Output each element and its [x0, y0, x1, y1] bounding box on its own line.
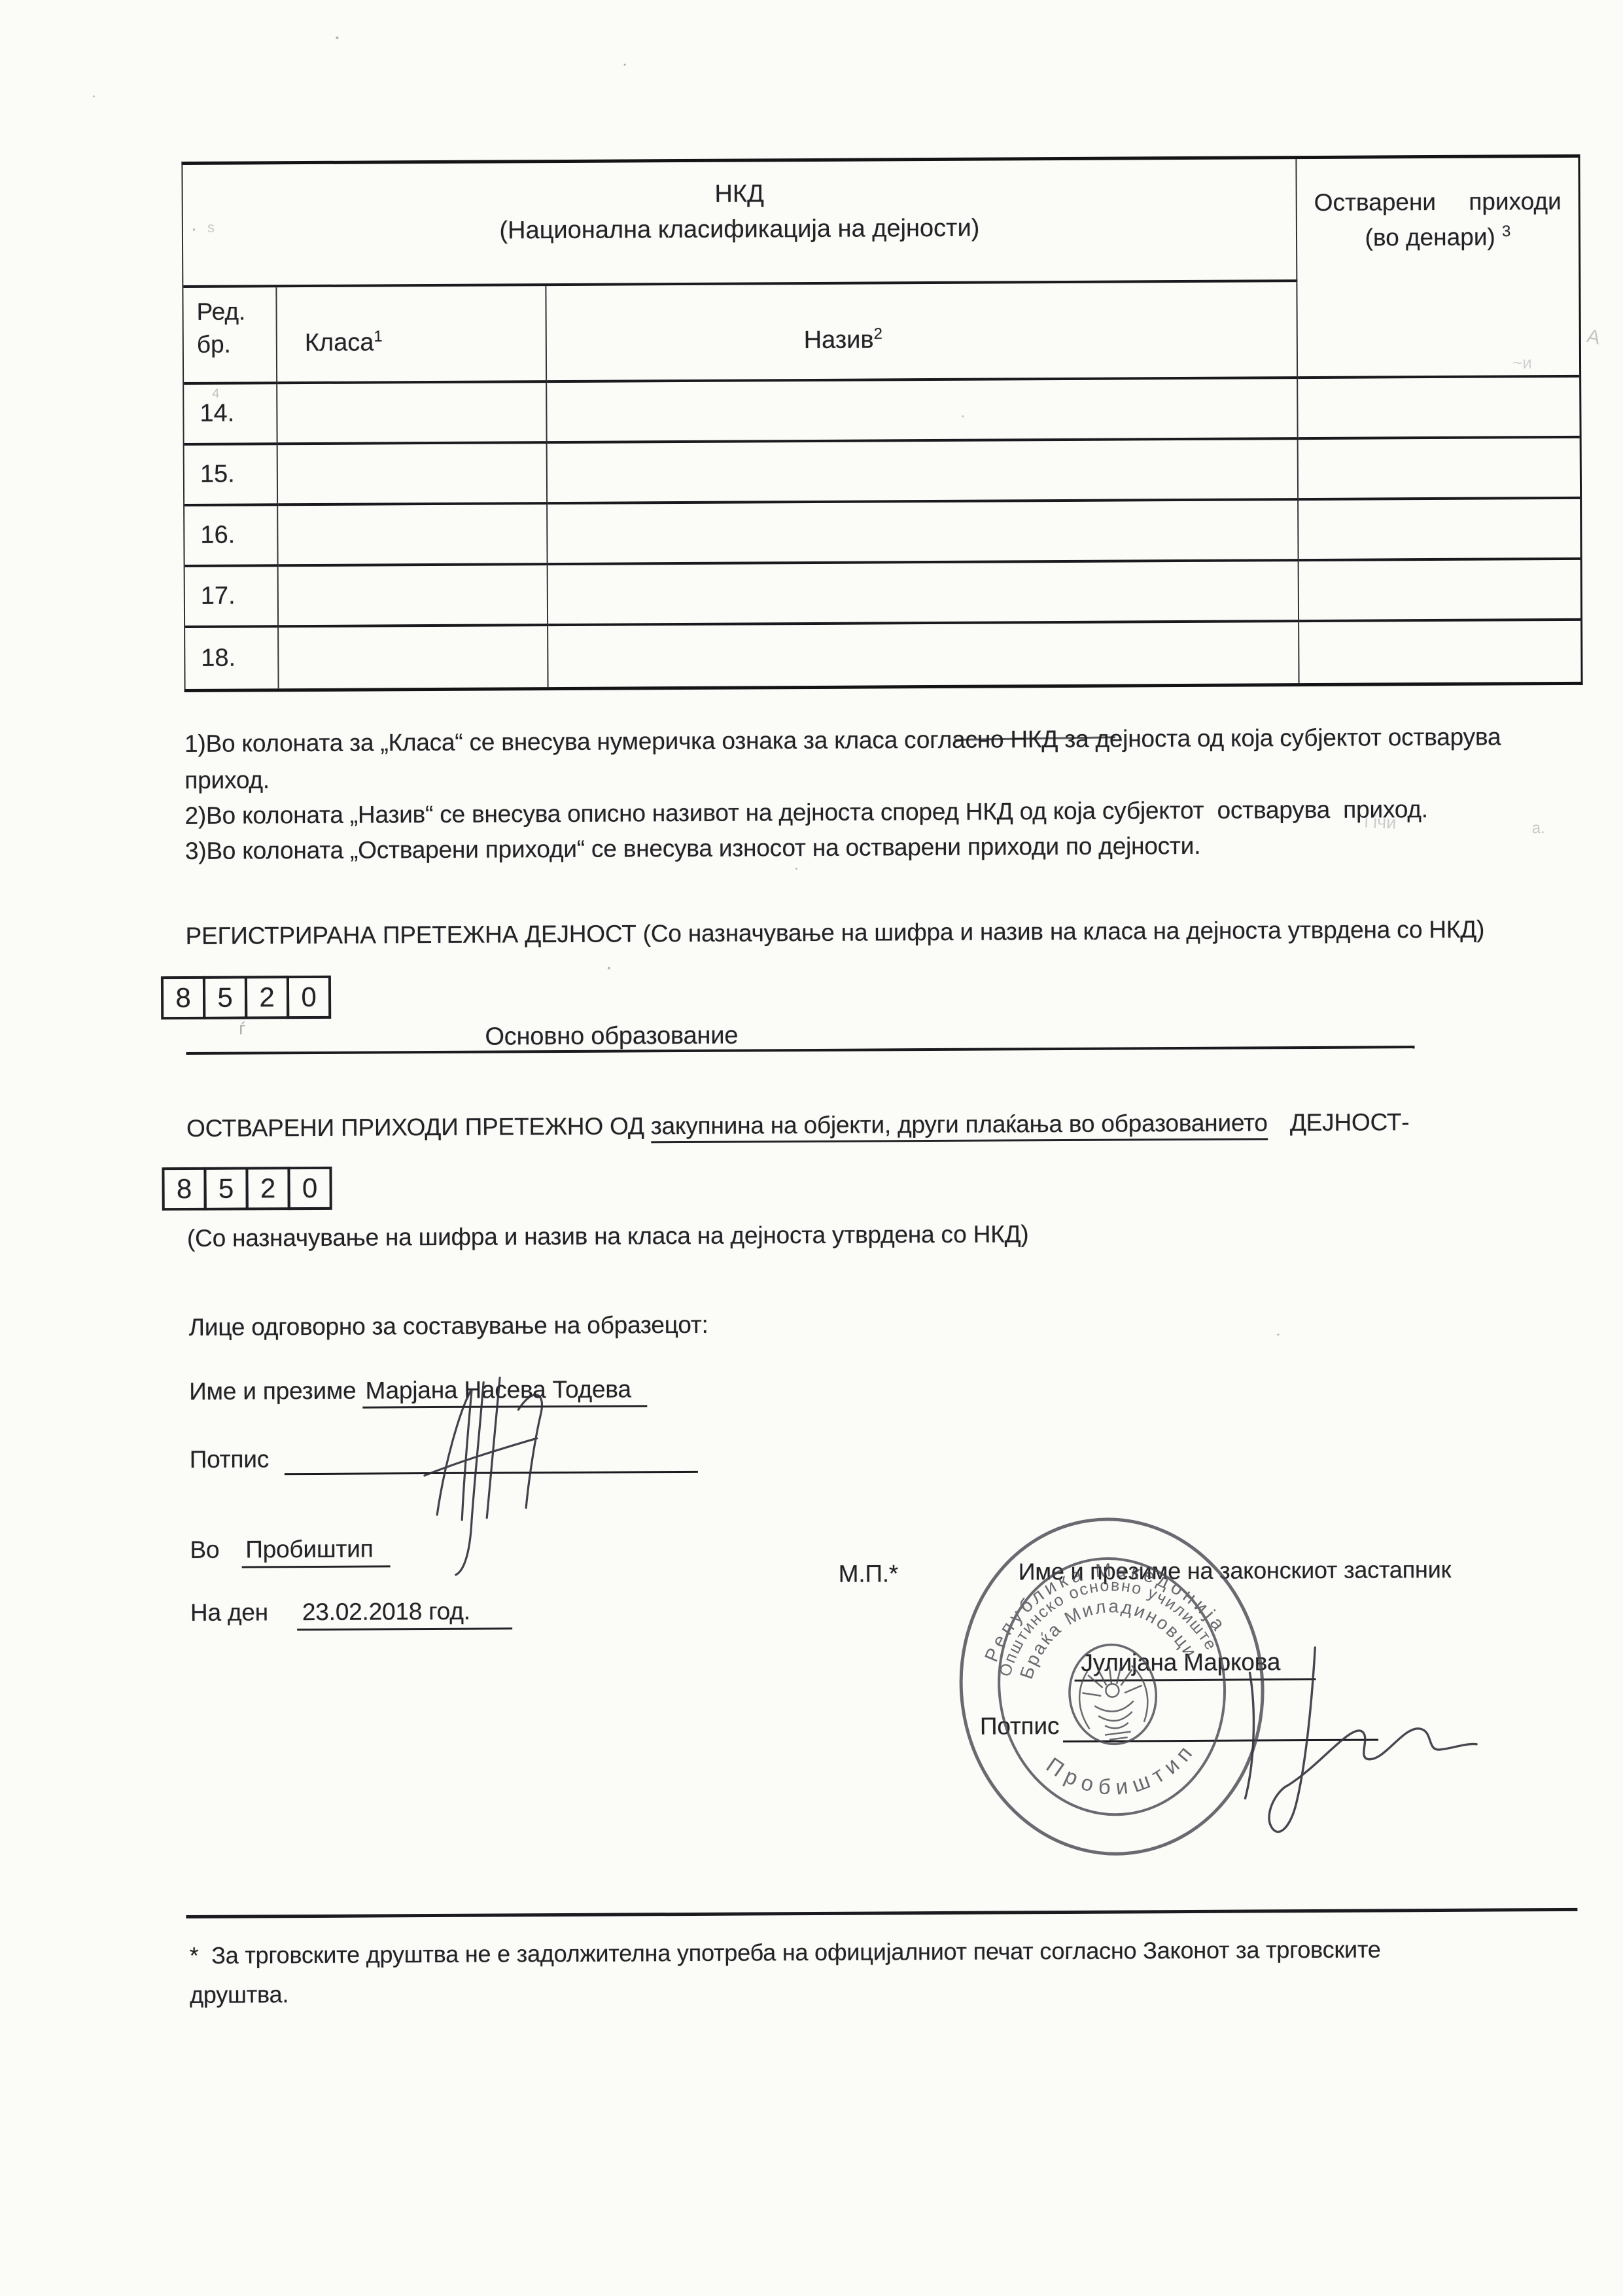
scan-speck — [336, 37, 338, 39]
table-row-number: 16. — [184, 506, 278, 567]
class-footnote-ref: 1 — [374, 328, 383, 345]
nkd-activities-table: НКД (Национална класификација на дејност… — [181, 154, 1582, 692]
table-cell-revenue — [1299, 621, 1580, 683]
table-cell-class — [278, 444, 548, 506]
table-cell-revenue — [1299, 560, 1580, 622]
code-digit-box: 8 — [161, 976, 205, 1019]
table-cell-name — [547, 379, 1298, 444]
code-note: (Со назначување на шифра и назив на клас… — [187, 1217, 1029, 1256]
place-value: Пробиштип — [241, 1535, 390, 1568]
official-stamp: Република Македонија Општинско основно у… — [947, 1502, 1276, 1871]
responsible-person-heading: Лице одговорно за составување на образец… — [189, 1308, 708, 1345]
responsible-name-value: Марјана Насева Тодева — [362, 1375, 647, 1408]
revenues-suffix: ДЕЈНОСТ- — [1290, 1108, 1410, 1136]
scan-artifact: ~и — [1512, 353, 1532, 373]
scan-speck — [795, 868, 797, 870]
responsible-name-line: Име и презиме Марјана Насева Тодева — [189, 1372, 647, 1409]
table-header-nkd: НКД (Национална класификација на дејност… — [183, 159, 1297, 288]
scan-artifact: і ічи — [1364, 811, 1397, 833]
table-cell-revenue — [1298, 378, 1579, 440]
scan-artifact: а. — [1532, 819, 1545, 838]
code-digit-box: 2 — [245, 1167, 290, 1210]
table-cell-class — [277, 383, 547, 445]
revenues-mostly-heading: ОСТВАРЕНИ ПРИХОДИ ПРЕТЕЖНО ОД закупнина … — [186, 1105, 1409, 1146]
footnote-1-line2: приход. — [184, 763, 270, 798]
table-row-number: 18. — [185, 627, 279, 689]
table-cell-name — [548, 622, 1299, 687]
svg-text:Пробиштип: Пробиштип — [1040, 1734, 1206, 1808]
table-cell-class — [279, 626, 548, 688]
scan-artifact: ѕ — [207, 219, 215, 236]
table-row-number: 17. — [185, 567, 279, 628]
date-value: 23.02.2018 год. — [297, 1597, 512, 1631]
scan-speck — [93, 96, 95, 97]
registered-activity-heading: РЕГИСТРИРАНА ПРЕТЕЖНА ДЕЈНОСТ (Со назнач… — [185, 913, 1484, 953]
place-line: ВоПробиштип — [190, 1532, 390, 1567]
table-cell-name — [548, 561, 1299, 626]
name-footnote-ref: 2 — [874, 325, 883, 343]
footnote-2: 2)Во колоната „Назив“ се внесува описно … — [184, 792, 1427, 833]
scan-speck — [193, 228, 195, 231]
nkd-subtitle: (Национална класификација на дејности) — [183, 209, 1296, 250]
scan-speck — [1277, 1333, 1280, 1335]
scan-artifact: ѓ — [239, 1019, 245, 1039]
code-digit-box: 0 — [287, 1167, 332, 1210]
table-cell-revenue — [1299, 499, 1580, 561]
code-digit-box: 5 — [203, 976, 247, 1019]
col-header-class: Класа1 — [277, 286, 547, 384]
table-cell-name — [548, 440, 1299, 504]
activity-name-underline — [186, 1046, 1415, 1055]
col-header-name: Назив2 — [546, 282, 1298, 383]
table-row-number: 14. — [184, 384, 277, 446]
table-cell-name — [548, 501, 1299, 565]
table-row-number: 15. — [184, 445, 278, 506]
revenues-source-value: закупнина на објекти, други плаќања во о… — [651, 1109, 1268, 1143]
bottom-note-line2: друштва. — [190, 1977, 288, 2012]
code-digit-box: 8 — [162, 1167, 206, 1210]
table-cell-class — [278, 504, 548, 567]
scan-artifact: А — [1585, 325, 1602, 349]
col-header-row-number: Ред. бр. — [183, 287, 277, 385]
revenue-word2: приходи — [1469, 184, 1562, 220]
responsible-signature-label: Потпис — [190, 1442, 270, 1477]
responsible-signature-line — [285, 1471, 698, 1475]
footnote-1-line1: 1)Во колоната за „Класа“ се внесува нуме… — [184, 720, 1501, 761]
date-line: На ден23.02.2018 год. — [190, 1594, 512, 1630]
nkd-title: НКД — [183, 173, 1296, 215]
activity-code-boxes-1: 8 5 2 0 — [161, 976, 328, 1019]
scan-speck — [608, 967, 610, 970]
bottom-note-line1: * За трговските друштва не е задолжителн… — [190, 1932, 1381, 1973]
scanned-form-page: НКД (Национална класификација на дејност… — [0, 0, 1623, 2296]
revenue-word1: Остварени — [1314, 185, 1437, 221]
stamp-emblem — [1075, 1661, 1152, 1742]
revenue-footnote-ref: 3 — [1502, 222, 1511, 240]
table-cell-class — [279, 565, 548, 627]
bottom-separator-line — [186, 1908, 1577, 1918]
code-digit-box: 0 — [287, 976, 331, 1019]
footnote-3: 3)Во колоната „Остварени приходи“ се вне… — [185, 829, 1201, 868]
activity-code-boxes-2: 8 5 2 0 — [162, 1167, 329, 1210]
revenue-unit: (во денари) — [1365, 224, 1495, 251]
scan-speck — [962, 415, 964, 417]
code-digit-box: 2 — [245, 976, 289, 1019]
scan-artifact: 4 — [212, 387, 219, 402]
table-header-revenue: Остварени приходи (во денари) 3 — [1297, 158, 1579, 379]
scan-speck — [624, 63, 626, 65]
stamp-abbreviation: М.П.* — [839, 1557, 899, 1591]
stamp-city-text: Пробиштип — [1040, 1734, 1206, 1808]
table-cell-revenue — [1299, 438, 1580, 501]
registered-activity-name: Основно образование — [485, 1019, 738, 1054]
code-digit-box: 5 — [203, 1167, 248, 1210]
